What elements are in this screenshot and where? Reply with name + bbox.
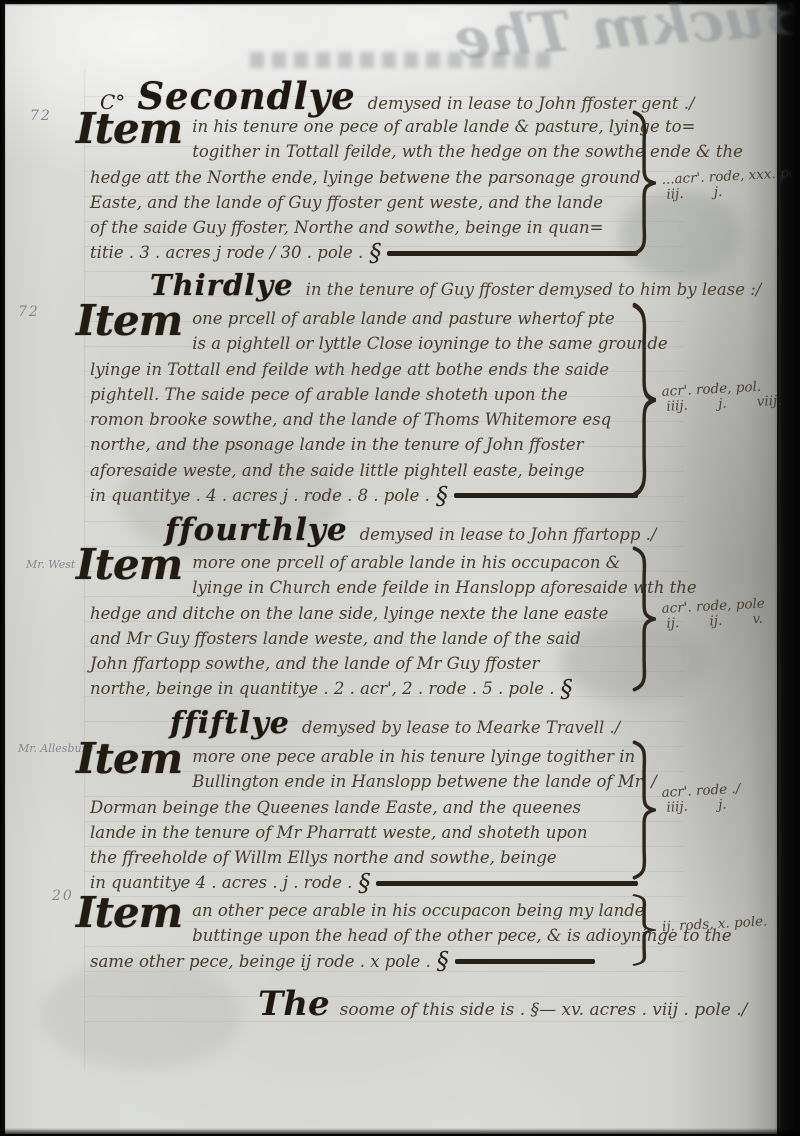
photo-edge — [0, 0, 800, 6]
section-note: demysed in lease to John ffartopp ./ — [360, 525, 657, 544]
brace-icon — [630, 110, 656, 256]
sum-text: soome of this side is . §— xv. acres . v… — [340, 1000, 748, 1020]
section-end-mark: § — [561, 679, 573, 699]
section-heading-thirdly: Thirdlye in the tenure of Guy ffoster de… — [150, 268, 761, 302]
section-note: in the tenure of Guy ffoster demysed to … — [306, 280, 762, 299]
line-text: northe, beinge in quantitye . 2 . acr', … — [90, 676, 555, 701]
manuscript-line: pightell. The saide pece of arable lande… — [90, 382, 642, 407]
manuscript-line: same other pece, beinge ij rode . x pole… — [90, 949, 642, 974]
manuscript-line: lyinge in Tottall end feilde wth hedge a… — [90, 357, 642, 382]
end-rule-line — [387, 251, 638, 256]
manuscript-line: in quantitye . 4 . acres j . rode . 8 . … — [90, 483, 642, 508]
section-heading-fourthly: ffourthlye demysed in lease to John ffar… — [165, 512, 656, 548]
manuscript-line: and Mr Guy ffosters lande weste, and the… — [90, 626, 642, 651]
manuscript-line: northe, beinge in quantitye . 2 . acr', … — [90, 676, 642, 701]
line-text: same other pece, beinge ij rode . x pole… — [90, 949, 431, 974]
section-title: ffourthlye — [165, 512, 348, 548]
section-title: ffiftlye — [170, 706, 290, 741]
manuscript-photo: Buckm The 72 72 Mr. West Mr. Allesbury 2… — [0, 0, 800, 1136]
brace-icon — [630, 302, 656, 498]
photo-edge — [0, 1128, 800, 1136]
manuscript-line: hedge and ditche on the lane side, lying… — [90, 601, 642, 626]
section-heading-secondly: C° Secondlye demysed in lease to John ff… — [100, 74, 695, 118]
photo-edge — [774, 0, 800, 1136]
manuscript-line: hedge att the Northe ende, lyinge betwen… — [90, 165, 642, 190]
page-sum-line: The soome of this side is . §— xv. acres… — [258, 984, 747, 1024]
end-rule-line — [455, 959, 595, 964]
manuscript-line: Easte, and the lande of Guy ffoster gent… — [90, 190, 642, 215]
manuscript-line: Dorman beinge the Queenes lande Easte, a… — [90, 795, 642, 820]
brace-icon — [630, 546, 656, 692]
manuscript-line: of the saide Guy ffoster, Northe and sow… — [90, 215, 642, 240]
entry-fifthly-item: Item more one pece arable in his tenure … — [90, 744, 790, 896]
manuscript-content: C° Secondlye demysed in lease to John ff… — [0, 0, 800, 1136]
line-text: in quantitye . 4 . acres j . rode . 8 . … — [90, 483, 430, 508]
end-rule-line — [376, 881, 638, 886]
entry-fourthly-item: Item more one prcell of arable lande in … — [90, 550, 790, 702]
line-text: titie . 3 . acres j rode / 30 . pole . — [90, 240, 363, 265]
entry-secondly-item: Item in his tenure one pece of arable la… — [90, 114, 790, 266]
item-lead-word: Item — [76, 304, 182, 338]
manuscript-line: lande in the tenure of Mr Pharratt weste… — [90, 820, 642, 845]
item-lead-word: Item — [76, 112, 182, 146]
entry-other-piece-item: Item an other pece arable in his occupac… — [90, 898, 790, 974]
end-rule-line — [454, 493, 638, 498]
manuscript-line: northe, and the psonage lande in the ten… — [90, 432, 642, 457]
entry-thirdly-item: Item one prcell of arable lande and past… — [90, 306, 790, 508]
manuscript-line: aforesaide weste, and the saide little p… — [90, 458, 642, 483]
item-lead-word: Item — [76, 548, 182, 582]
manuscript-line: titie . 3 . acres j rode / 30 . pole . § — [90, 240, 642, 265]
brace-icon — [630, 740, 656, 880]
section-end-mark: § — [437, 951, 449, 971]
section-note: demysed by lease to Mearke Travell ./ — [302, 718, 620, 737]
section-end-mark: § — [369, 243, 381, 263]
section-end-mark: § — [358, 873, 370, 893]
manuscript-line: the ffreeholde of Willm Ellys northe and… — [90, 845, 642, 870]
section-end-mark: § — [436, 486, 448, 506]
manuscript-line: John ffartopp sowthe, and the lande of M… — [90, 651, 642, 676]
photo-edge — [0, 0, 6, 1136]
section-heading-fifthly: ffiftlye demysed by lease to Mearke Trav… — [170, 706, 620, 741]
item-lead-word: Item — [76, 742, 182, 776]
item-lead-word: Item — [76, 896, 182, 930]
brace-icon — [630, 894, 656, 966]
manuscript-line: romon brooke sowthe, and the lande of Th… — [90, 407, 642, 432]
sum-lead-word: The — [258, 984, 330, 1024]
